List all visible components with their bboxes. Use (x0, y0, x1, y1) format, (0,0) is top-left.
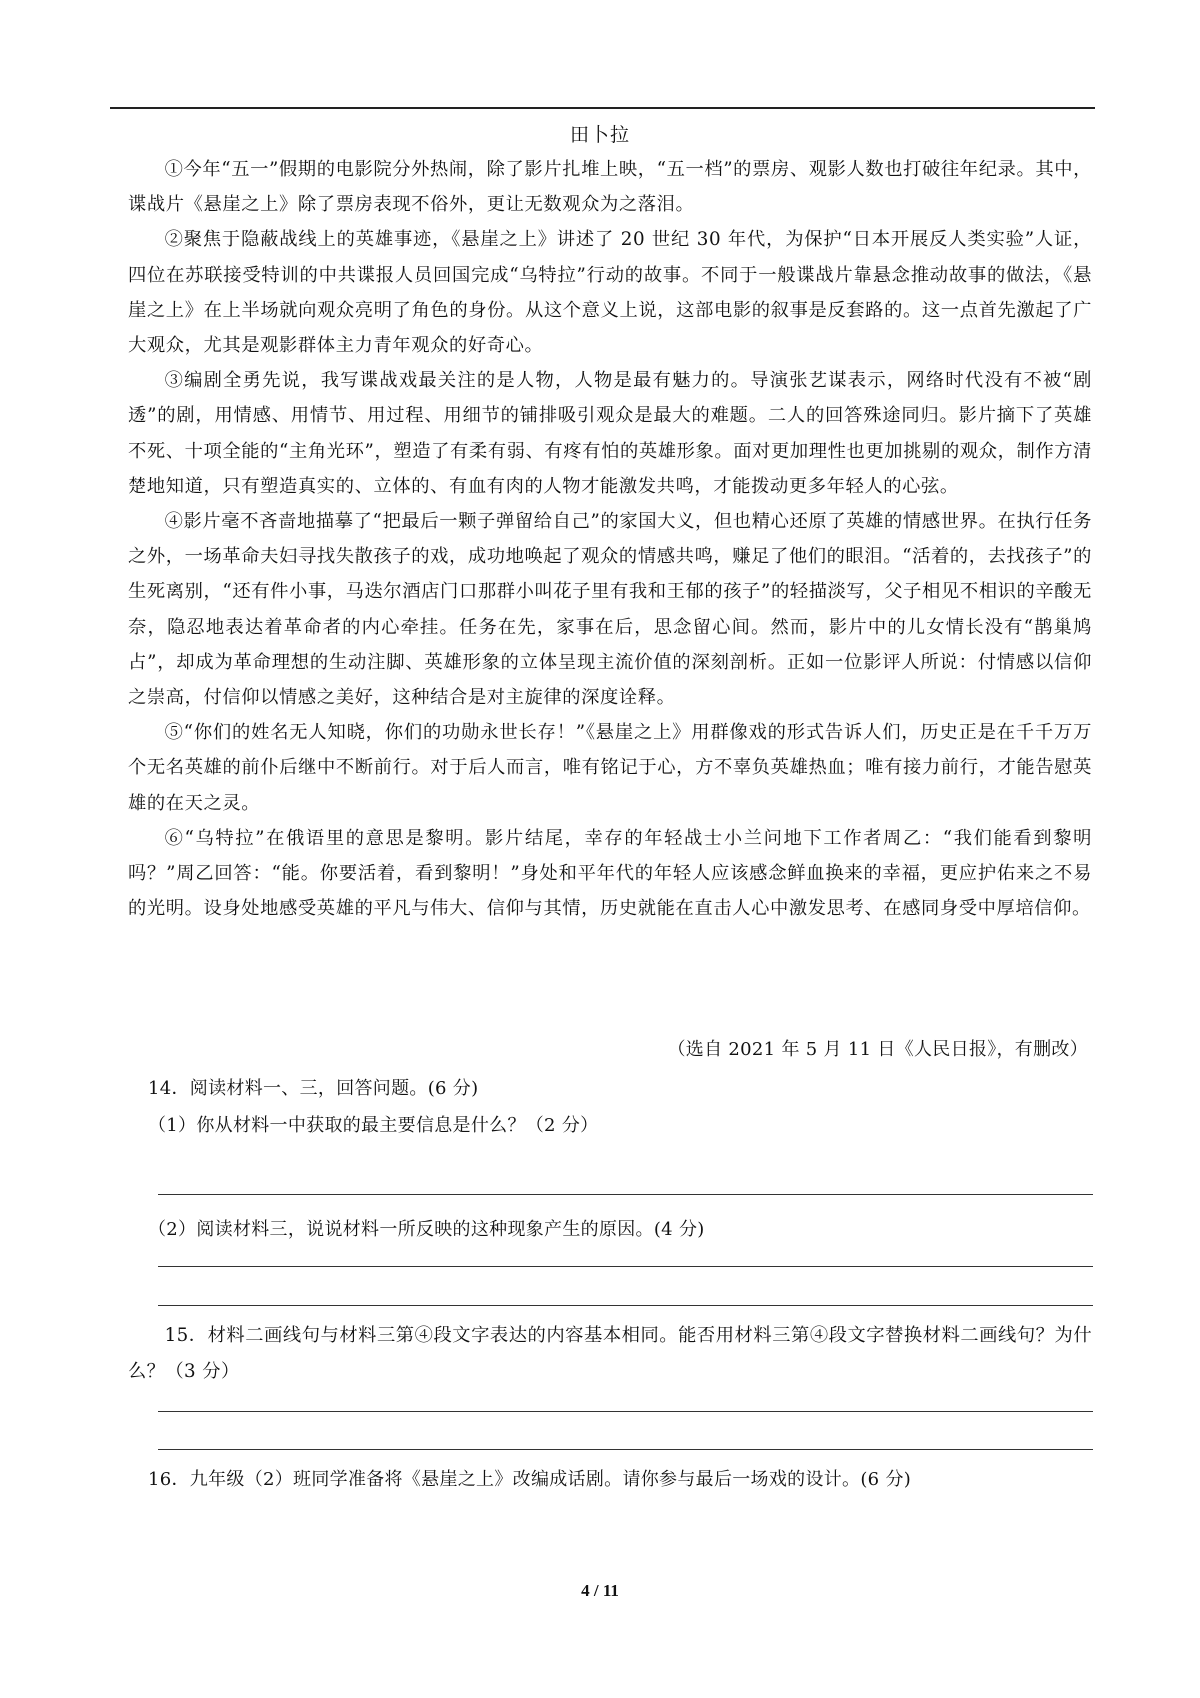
paragraph-1: ①今年“五一”假期的电影院分外热闹，除了影片扎堆上映，“五一档”的票房、观影人数… (128, 152, 1092, 222)
answer-line-14-2b[interactable] (158, 1305, 1093, 1306)
paragraph-5: ⑤“你们的姓名无人知晓，你们的功勋永世长存！”《悬崖之上》用群像戏的形式告诉人们… (128, 715, 1092, 821)
answer-line-15-b[interactable] (158, 1449, 1093, 1450)
question-15-stem: 15．材料二画线句与材料三第④段文字表达的内容基本相同。能否用材料三第④段文字替… (128, 1318, 1092, 1390)
paragraph-6: ⑥“乌特拉”在俄语里的意思是黎明。影片结尾，幸存的年轻战士小兰问地下工作者周乙：… (128, 821, 1092, 927)
article-source: （选自 2021 年 5 月 11 日《人民日报》，有删改） (668, 1035, 1089, 1061)
question-14-sub2: （2）阅读材料三，说说材料一所反映的这种现象产生的原因。(4 分) (148, 1215, 705, 1241)
article-author: 田卜拉 (0, 120, 1200, 147)
question-14-stem: 14．阅读材料一、三，回答问题。(6 分) (148, 1074, 478, 1100)
page-number: 4 / 11 (0, 1581, 1200, 1601)
answer-line-14-2a[interactable] (158, 1266, 1093, 1267)
answer-line-14-1[interactable] (158, 1194, 1093, 1195)
article-body: ①今年“五一”假期的电影院分外热闹，除了影片扎堆上映，“五一档”的票房、观影人数… (128, 152, 1092, 926)
paragraph-4: ④影片毫不吝啬地描摹了“把最后一颗子弹留给自己”的家国大义，但也精心还原了英雄的… (128, 504, 1092, 715)
answer-line-15-a[interactable] (158, 1411, 1093, 1412)
question-14-sub1: （1）你从材料一中获取的最主要信息是什么？（2 分） (148, 1111, 598, 1137)
question-16-stem: 16．九年级（2）班同学准备将《悬崖之上》改编成话剧。请你参与最后一场戏的设计。… (148, 1465, 911, 1491)
paragraph-3: ③编剧全勇先说，我写谍战戏最关注的是人物，人物是最有魅力的。导演张艺谋表示，网络… (128, 363, 1092, 504)
header-rule (110, 107, 1095, 109)
paragraph-2: ②聚焦于隐蔽战线上的英雄事迹，《悬崖之上》讲述了 20 世纪 30 年代，为保护… (128, 222, 1092, 363)
